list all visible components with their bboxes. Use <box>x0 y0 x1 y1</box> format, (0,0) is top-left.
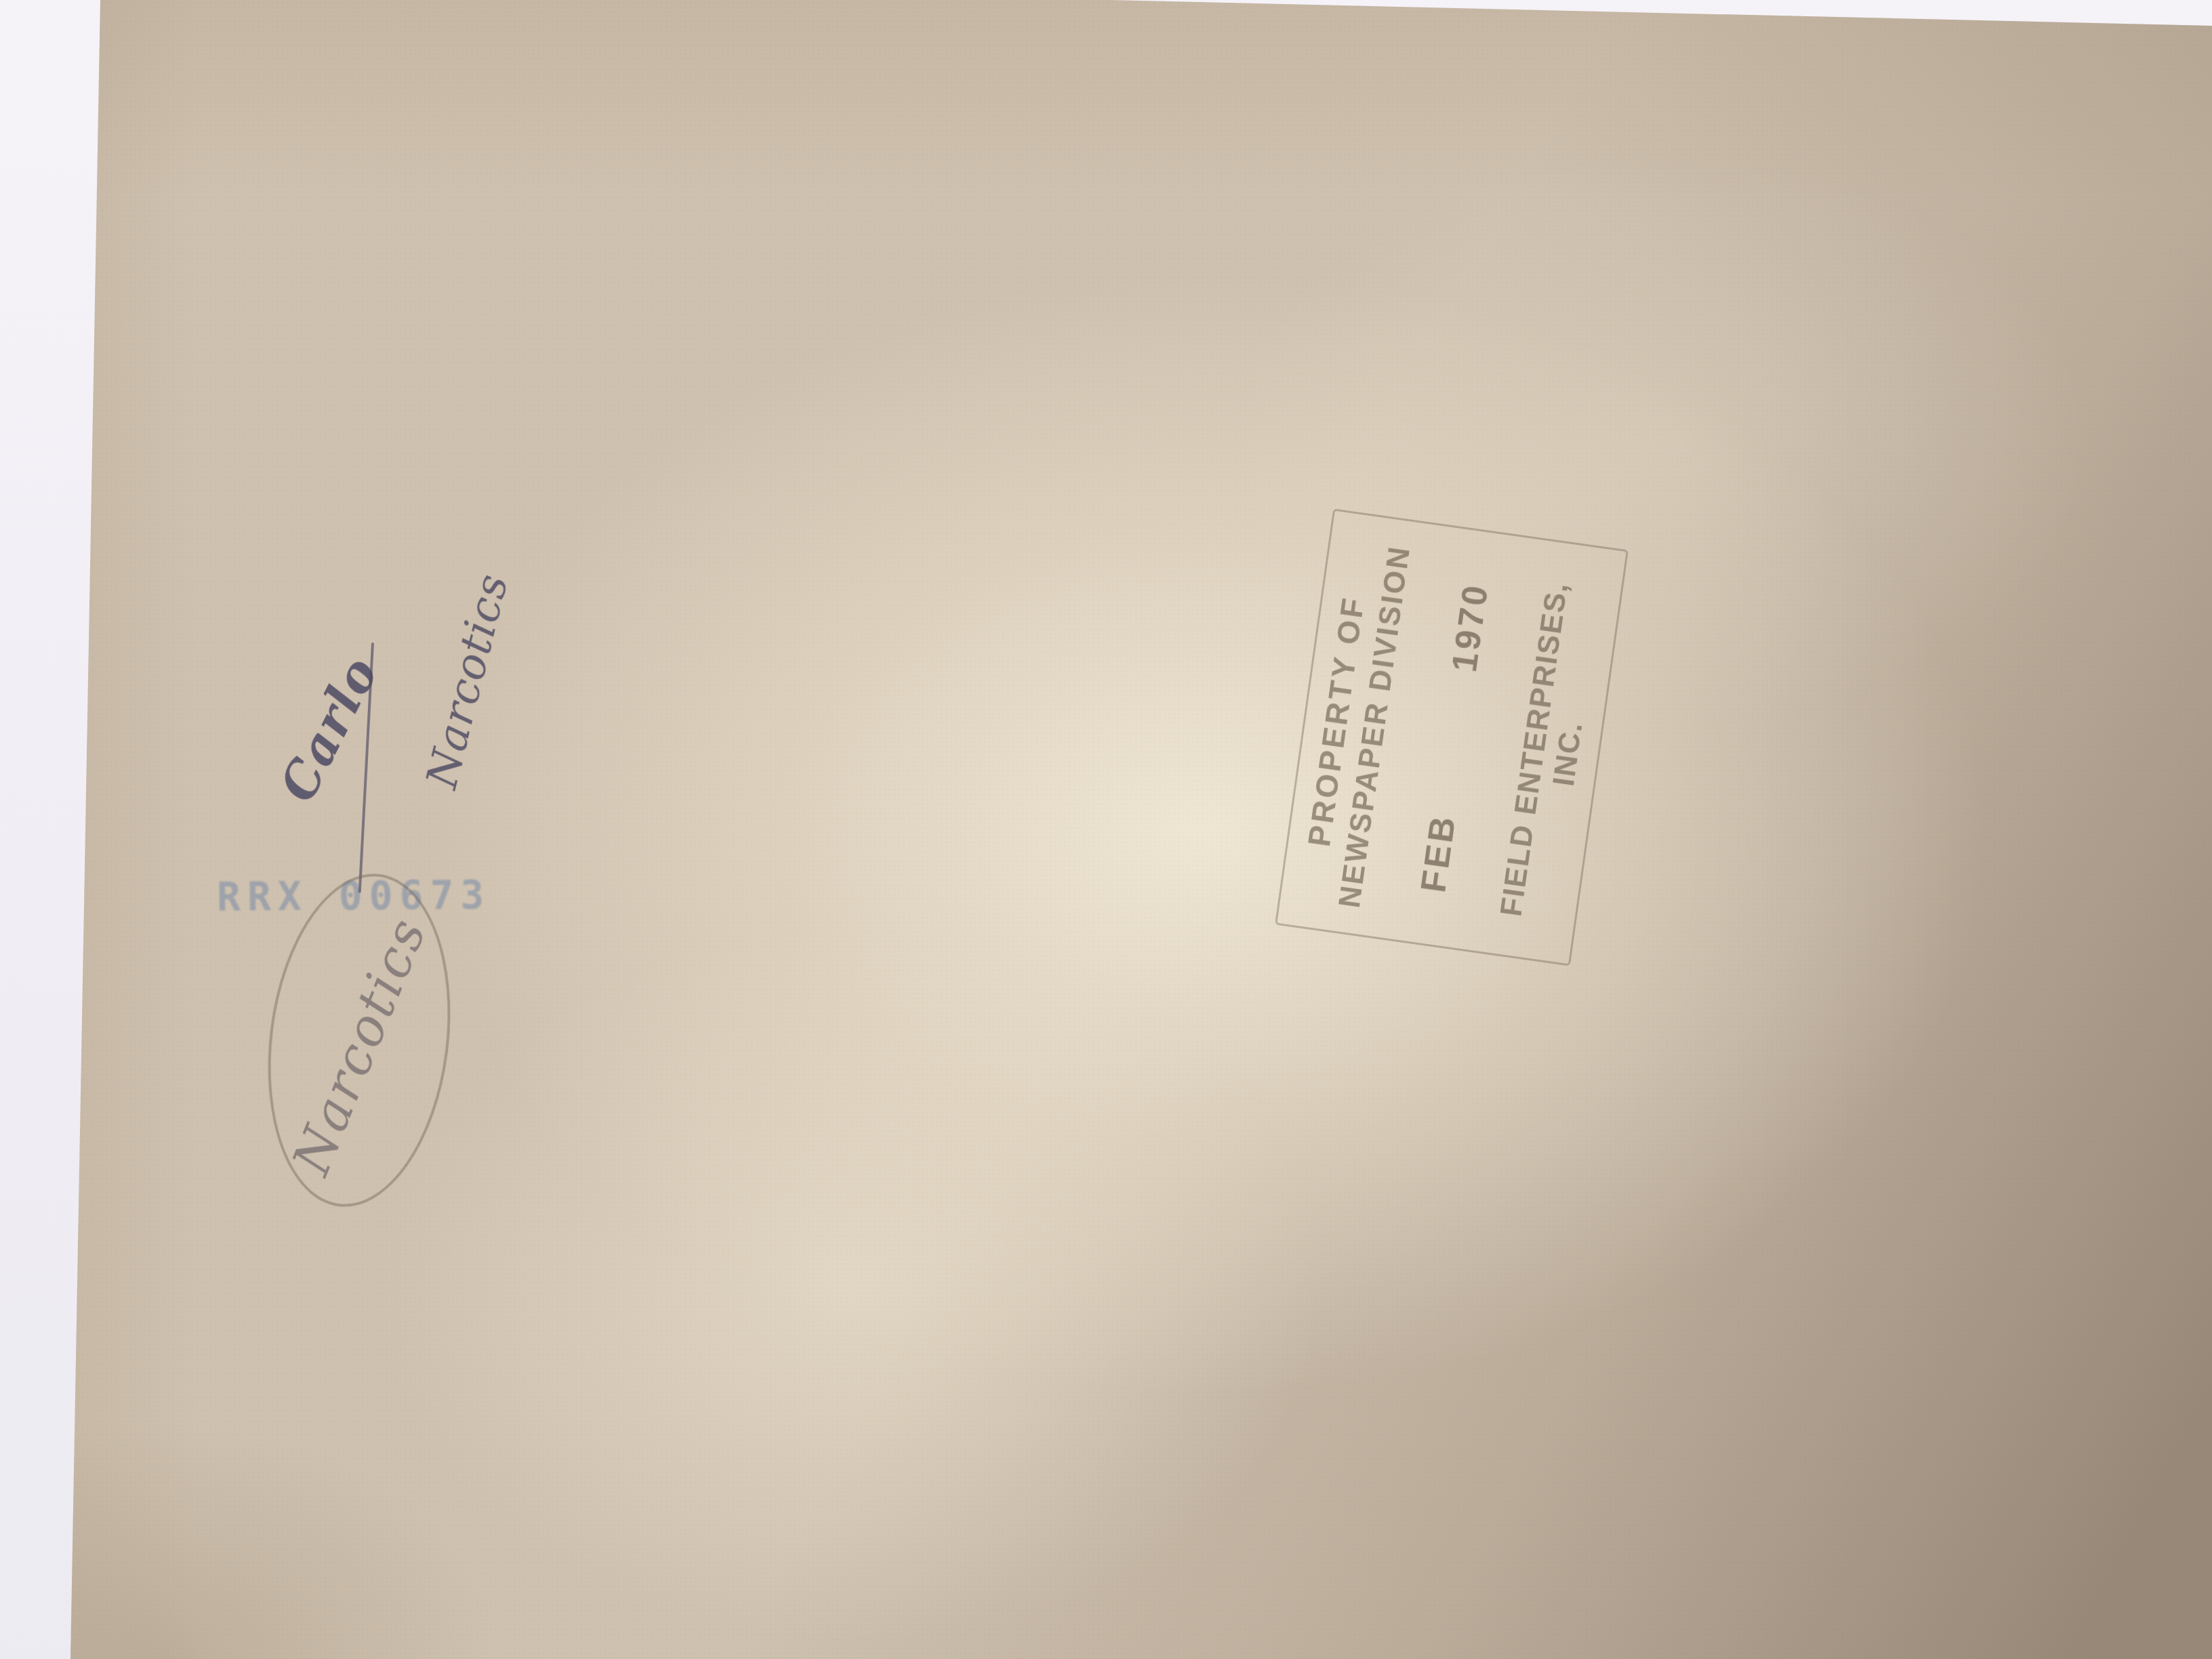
date-stamp-year: 1970 <box>1444 581 1497 675</box>
photo-of-print-back: PROPERTY OF NEWSPAPER DIVISION FEB 1970 … <box>0 0 2212 1659</box>
date-stamp-month: FEB <box>1413 812 1465 895</box>
property-stamp: PROPERTY OF NEWSPAPER DIVISION FEB 1970 … <box>1275 508 1629 966</box>
date-stamp: FEB 1970 <box>1413 581 1496 895</box>
paper-grain-texture <box>0 0 2212 1659</box>
